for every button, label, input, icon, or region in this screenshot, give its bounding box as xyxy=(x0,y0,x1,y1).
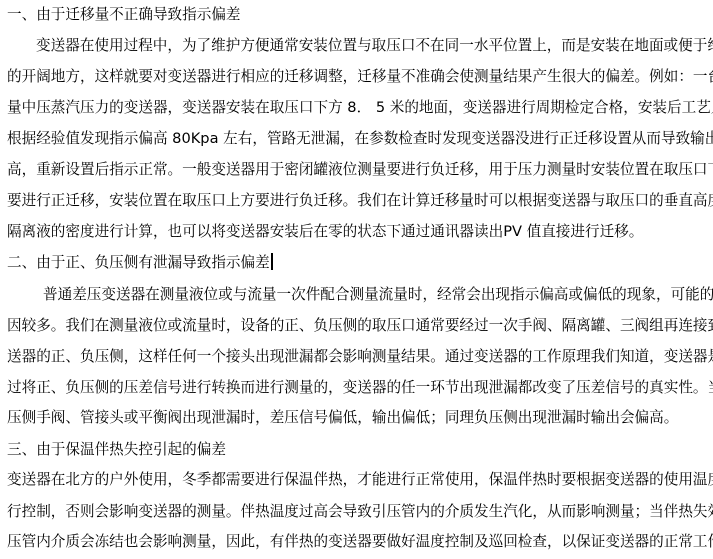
section-3-line: 行控制，否则会影响变送器的测量。伴热温度过高会导致引压管内的介质发生汽化，从而影… xyxy=(7,502,706,522)
section-3-line: 变送器在北方的户外使用，冬季都需要进行保温伴热，才能进行正常使用，保温伴热时要根… xyxy=(7,470,706,490)
section-2-line: 普通差压变送器在测量液位或与流量一次件配合测量流量时，经常会出现指示偏高或偏低的… xyxy=(43,285,706,305)
text-cursor xyxy=(271,253,273,270)
section-2-heading-text: 二、由于正、负压侧有泄漏导致指示偏差 xyxy=(7,254,270,271)
section-1-line: 量中压蒸汽压力的变送器，变送器安装在取压口下方 8． 5 米的地面，变送器进行周… xyxy=(7,98,706,118)
section-1-line: 隔离液的密度进行计算，也可以将变送器安装后在零的状态下通过通讯器读出PV 值直接… xyxy=(7,222,706,242)
section-1-line: 高，重新设置后指示正常。一般变送器用于密闭罐液位测量要进行负迁移，用于压力测量时… xyxy=(7,160,706,180)
section-1-line: 的开阔地方，这样就要对变送器进行相应的迁移调整，迁移量不准确会使测量结果产生很大… xyxy=(7,67,706,87)
section-1-heading: 一、由于迁移量不正确导致指示偏差 xyxy=(7,5,706,25)
section-1-line: 要进行正迁移，安装位置在取压口上方要进行负迁移。我们在计算迁移量时可以根据变送器… xyxy=(7,191,706,211)
section-3-line: 压管内介质会冻结也会影响测量，因此，有伴热的变送器要做好温度控制及巡回检查，以保… xyxy=(7,532,706,552)
section-1-line: 变送器在使用过程中，为了维护方便通常安装位置与取压口不在同一水平位置上，而是安装… xyxy=(36,36,706,56)
section-2-heading: 二、由于正、负压侧有泄漏导致指示偏差 xyxy=(7,253,706,273)
section-1-line: 根据经验值发现指示偏高 80Kpa 左右，管路无泄漏，在参数检查时发现变送器没进… xyxy=(7,129,706,149)
section-2-line: 送器的正、负压侧，这样任何一个接头出现泄漏都会影响测量结果。通过变送器的工作原理… xyxy=(7,347,706,367)
section-2-line: 过将正、负压侧的压差信号进行转换而进行测量的，变送器的任一环节出现泄漏都改变了压… xyxy=(7,378,706,398)
section-3-heading: 三、由于保温伴热失控引起的偏差 xyxy=(7,440,706,460)
section-2-line: 压侧手阀、管接头或平衡阀出现泄漏时，差压信号偏低，输出偏低；同理负压侧出现泄漏时… xyxy=(7,408,706,428)
section-2-line: 因较多。我们在测量液位或流量时，设备的正、负压侧的取压口通常要经过一次手阀、隔离… xyxy=(7,316,706,336)
